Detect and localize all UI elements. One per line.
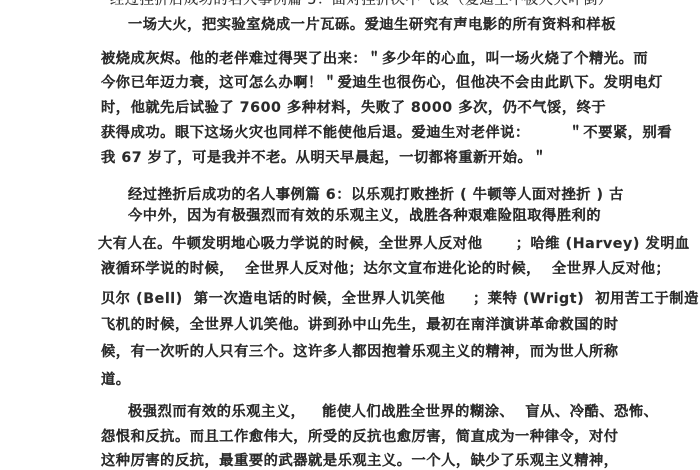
text-line: 今你已年迈力衰，这可怎么办啊！＂爱迪生也很伤心，但他决不会由此趴下。发明电灯 [101,74,663,92]
text-line: 我 67 岁了，可是我并不老。从明天早晨起，一切都将重新开始。＂ [101,149,547,167]
text-line: 怨恨和反抗。而且工作愈伟大，所受的反抗也愈厉害，简直成为一种律令，对付 [101,428,619,446]
document-page: 经过挫折后成功的名人事例篇 5：面对挫折决不气馁（爱迪生不被大火吓倒） 一场大火… [0,0,700,470]
section-heading: 经过挫折后成功的名人事例篇 6：以乐观打败挫折 ( 牛顿等人面对挫折 ) 古 [128,186,624,204]
text-line: 今中外，因为有极强烈而有效的乐观主义，战胜各种艰难险阻取得胜利的 [128,207,601,225]
text-line-cut-heading: 经过挫折后成功的名人事例篇 5：面对挫折决不气馁（爱迪生不被大火吓倒） [110,0,613,9]
text-line: 贝尔 (Bell) 第一次造电话的时候，全世界人讥笑他 ；莱特 (Wrigt) … [101,290,699,308]
text-line: 时，他就先后试验了 7600 多种材料，失败了 8000 多次，仍不气馁，终于 [101,99,606,117]
text-line: 被烧成灰烬。他的老伴难过得哭了出来：＂多少年的心血，叫一场火烧了个精光。而 [101,50,648,68]
text-line: 获得成功。眼下这场火灾也同样不能使他后退。爱迪生对老伴说： ＂不要紧，别看 [101,124,672,142]
text-line: 极强烈而有效的乐观主义， 能使人们战胜全世界的糊涂、 盲从、冷酷、恐怖、 [128,403,658,421]
text-line: 飞机的时候，全世界人讥笑他。讲到孙中山先生，最初在南洋演讲革命救国的时 [101,316,619,334]
text-line: 一场大火，把实验室烧成一片瓦砾。爱迪生研究有声电影的所有资料和样板 [128,16,616,34]
text-line: 大有人在。牛顿发明地心吸力学说的时候，全世界人反对他 ；哈维 (Harvey) … [98,235,690,253]
text-line: 这种厉害的反抗，最重要的武器就是乐观主义。一个人，缺少了乐观主义精神， [101,452,619,470]
text-line: 液循环学说的时候， 全世界人反对他；达尔文宣布进化论的时候， 全世界人反对他； [101,260,670,278]
text-line: 道。 [101,371,131,389]
text-line: 候，有一次听的人只有三个。这许多人都因抱着乐观主义的精神，而为世人所称 [101,343,619,361]
